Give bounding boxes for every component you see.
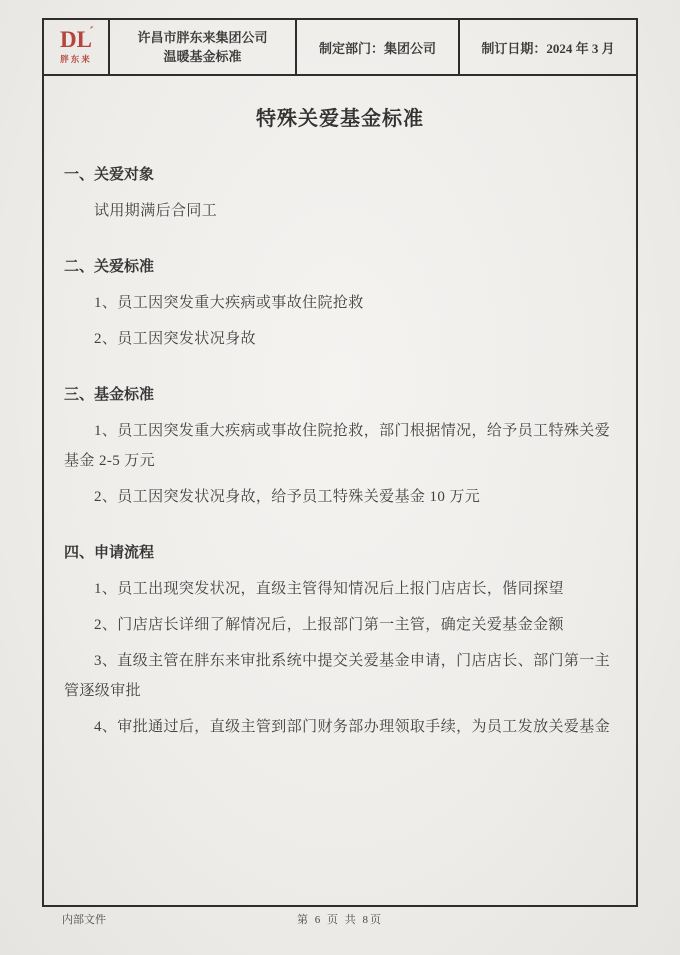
section-care-standard: 二、关爱标准 1、员工因突发重大疾病或事故住院抢救 2、员工因突发状况身故 [64,252,616,354]
section-fund-standard: 三、基金标准 1、员工因突发重大疾病或事故住院抢救，部门根据情况，给予员工特殊关… [64,380,616,512]
section-heading: 二、关爱标准 [64,252,616,282]
header-date-cell: 制订日期：2024 年 3 月 [460,20,636,74]
pangdonglai-logo-icon: DLˊ [60,29,92,51]
footer-page-number: 第 6 页 共 8页 [42,911,638,927]
section-care-target: 一、关爱对象 试用期满后合同工 [64,160,616,226]
section-heading: 四、申请流程 [64,538,616,568]
section-item: 1、员工出现突发状况，直级主管得知情况后上报门店店长，偕同探望 [64,574,616,604]
section-heading: 一、关爱对象 [64,160,616,190]
department-label: 制定部门：集团公司 [319,38,436,57]
section-item: 4、审批通过后，直级主管到部门财务部办理领取手续，为员工发放关爱基金 [64,712,616,742]
section-item: 1、员工因突发重大疾病或事故住院抢救 [64,288,616,318]
section-item: 1、员工因突发重大疾病或事故住院抢救，部门根据情况，给予员工特殊关爱基金 2-5… [64,416,616,476]
header-department-cell: 制定部门：集团公司 [297,20,460,74]
section-heading: 三、基金标准 [64,380,616,410]
section-item: 3、直级主管在胖东来审批系统中提交关爱基金申请，门店店长、部门第一主管逐级审批 [64,646,616,706]
section-item: 2、员工因突发状况身故 [64,324,616,354]
company-name-line2: 温暖基金标准 [163,47,241,66]
logo-accent-mark: ˊ [89,22,94,44]
header-logo-cell: DLˊ 胖东来 [44,20,110,74]
company-name-line1: 许昌市胖东来集团公司 [137,28,267,47]
page-footer: 内部文件 第 6 页 共 8页 [42,911,638,929]
header-company-cell: 许昌市胖东来集团公司 温暖基金标准 [110,20,297,74]
section-application-process: 四、申请流程 1、员工出现突发状况，直级主管得知情况后上报门店店长，偕同探望 2… [64,538,616,742]
logo-subtext: 胖东来 [60,53,92,65]
document-body: 特殊关爱基金标准 一、关爱对象 试用期满后合同工 二、关爱标准 1、员工因突发重… [44,104,636,742]
document-sheet: DLˊ 胖东来 许昌市胖东来集团公司 温暖基金标准 制定部门：集团公司 制订日期… [42,18,638,907]
document-header-table: DLˊ 胖东来 许昌市胖东来集团公司 温暖基金标准 制定部门：集团公司 制订日期… [44,20,636,76]
section-item: 2、员工因突发状况身故，给予员工特殊关爱基金 10 万元 [64,482,616,512]
date-label: 制订日期：2024 年 3 月 [481,38,614,57]
document-photo: { "colors": { "brand_red": "#b5443e", "b… [0,0,680,955]
document-title: 特殊关爱基金标准 [64,104,616,134]
logo-letters: DL [60,27,92,52]
section-item: 试用期满后合同工 [64,196,616,226]
section-item: 2、门店店长详细了解情况后，上报部门第一主管，确定关爱基金金额 [64,610,616,640]
